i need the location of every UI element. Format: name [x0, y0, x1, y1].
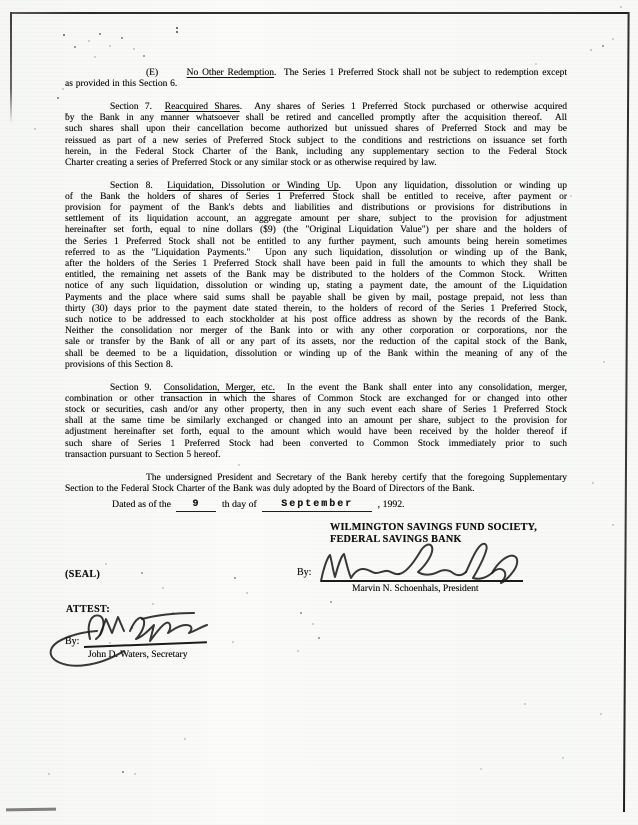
- dated-line: Dated as of the 9 th day of September , …: [112, 499, 405, 512]
- text-line: Neither the consolidation nor merger of …: [65, 326, 567, 337]
- text-line: shall at the same time be similarly exch…: [65, 416, 567, 427]
- text-line: reissued as part of a new series of Pref…: [65, 136, 567, 147]
- text-line: transaction pursuant to Section 5 hereof…: [65, 450, 567, 461]
- text-line: entitled, the remaining net assets of th…: [65, 270, 567, 281]
- text-line: hereinafter set forth, equal to nine dol…: [65, 225, 567, 236]
- text-line: by the Bank in any manner whatsoever sha…: [65, 113, 567, 124]
- text-line: such notice to be addressed to each stoc…: [65, 315, 567, 326]
- president-by-label: By:: [297, 567, 311, 578]
- scan-artifact-dash: [6, 808, 56, 811]
- paragraph-section-9: Section 9. Consolidation, Merger, etc. I…: [65, 383, 567, 461]
- text-line: referred to as the "Liquidation Payments…: [65, 248, 567, 259]
- text-line: Section 8. Liquidation, Dissolution or W…: [65, 181, 567, 192]
- scan-border-right: [623, 12, 630, 812]
- text-line: Payments and the place where said sums s…: [65, 293, 567, 304]
- president-signature: [318, 542, 523, 584]
- paragraph-section-8: Section 8. Liquidation, Dissolution or W…: [65, 181, 567, 371]
- day-blank-field: 9: [176, 499, 216, 512]
- text-line: of the Bank the holders of shares of Ser…: [65, 192, 567, 203]
- scan-border-top: [10, 12, 628, 14]
- typed-month: September: [281, 499, 353, 510]
- president-name-label: Marvin N. Schoenhals, President: [352, 583, 479, 594]
- seal-label: (SEAL): [65, 569, 100, 580]
- text-line: notice of any such liquidation, dissolut…: [65, 281, 567, 292]
- text-line: herein, in the Federal Stock Charter of …: [65, 147, 567, 158]
- text-line: Section 9. Consolidation, Merger, etc. I…: [65, 383, 567, 394]
- paragraph-no-other-redemption: (E) No Other Redemption. The Series 1 Pr…: [65, 68, 567, 90]
- dated-suffix: , 1992.: [378, 499, 405, 510]
- text-line: adjustment hereinafter set forth, equal …: [65, 427, 567, 438]
- document-body: (E) No Other Redemption. The Series 1 Pr…: [65, 68, 567, 506]
- dated-prefix: Dated as of the: [112, 499, 171, 510]
- paragraph-certification: The undersigned President and Secretary …: [65, 473, 567, 495]
- paragraph-section-7: Section 7. Reacquired Shares. Any shares…: [65, 102, 567, 169]
- text-line: stock or securities, cash and/or any oth…: [65, 405, 567, 416]
- text-line: such share of Series 1 Preferred Stock h…: [65, 439, 567, 450]
- text-line: thirty (30) days prior to the payment da…: [65, 304, 567, 315]
- text-line: Charter creating a series of Preferred S…: [65, 158, 567, 169]
- secretary-name-label: John D. Waters, Secretary: [88, 649, 188, 660]
- text-line: provisions of this Section 8.: [65, 360, 567, 371]
- scan-border-left: [10, 12, 12, 124]
- scan-noise-specks-faint: [0, 0, 2, 2]
- month-blank-field: September: [262, 499, 372, 512]
- text-line: (E) No Other Redemption. The Series 1 Pr…: [65, 68, 567, 79]
- text-line: The undersigned President and Secretary …: [65, 473, 567, 484]
- typed-day: 9: [192, 499, 200, 510]
- text-line: such shares shall upon their cancellatio…: [65, 124, 567, 135]
- text-line: after the holders of the Series 1 Prefer…: [65, 259, 567, 270]
- text-line: as provided in this Section 6.: [65, 79, 567, 90]
- dated-mid: th day of: [222, 499, 257, 510]
- text-line: shall be deemed to be a liquidation, dis…: [65, 349, 567, 360]
- text-line: the Series 1 Preferred Stock shall not b…: [65, 237, 567, 248]
- text-line: settlement of its liquidation account, a…: [65, 214, 567, 225]
- scanned-document-page: (E) No Other Redemption. The Series 1 Pr…: [0, 0, 638, 825]
- text-line: sale or transfer by the Bank of all or a…: [65, 337, 567, 348]
- text-line: combination or other transaction in whic…: [65, 394, 567, 405]
- president-signature-line: [321, 580, 523, 582]
- company-name-line1: WILMINGTON SAVINGS FUND SOCIETY,: [330, 522, 537, 534]
- text-line: Section to the Federal Stock Charter of …: [65, 484, 567, 495]
- text-line: provision for payment of the Bank's debt…: [65, 203, 567, 214]
- text-line: Section 7. Reacquired Shares. Any shares…: [65, 102, 567, 113]
